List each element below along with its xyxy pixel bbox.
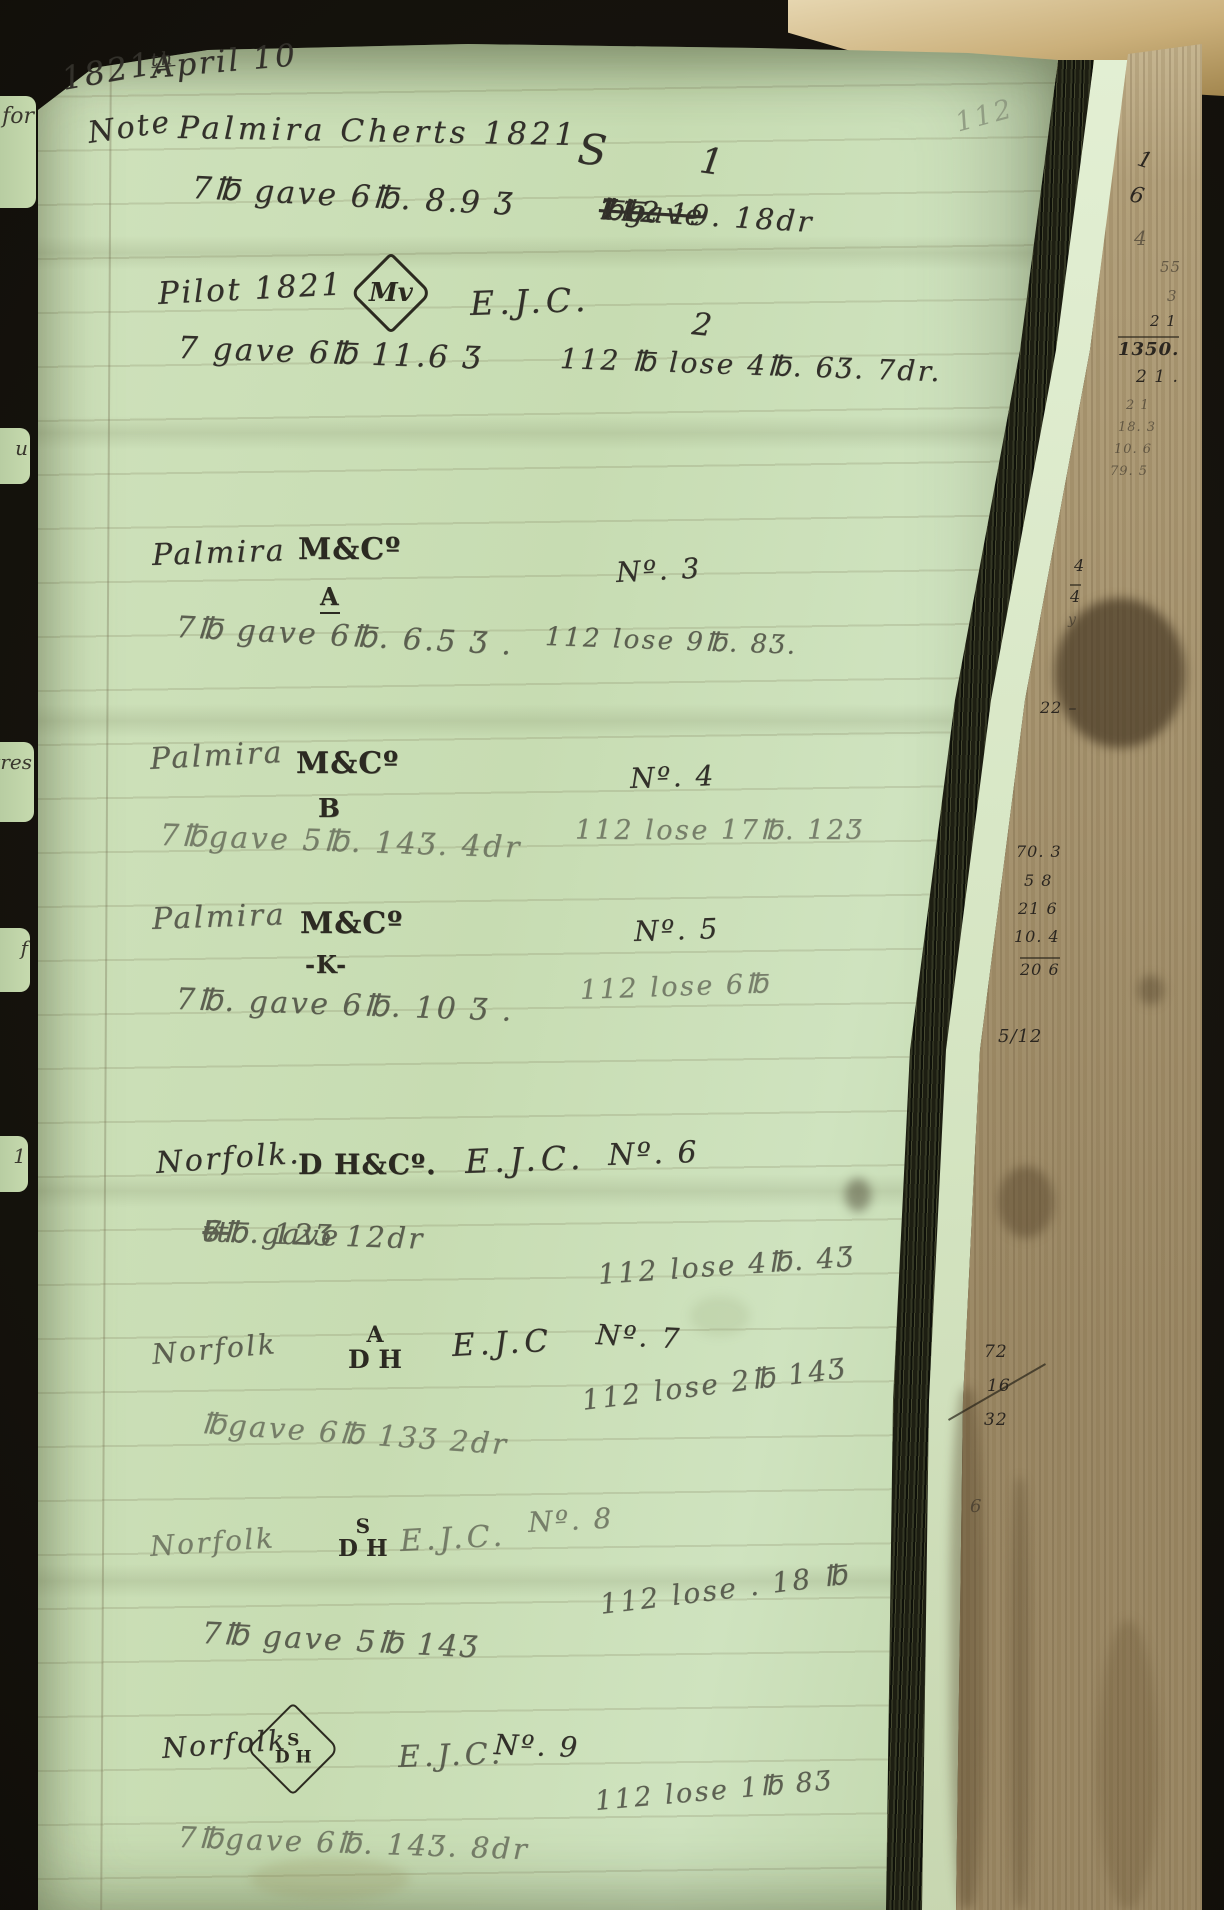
fore-edge-streak [1098, 1620, 1158, 1910]
entry-6-number: Nº. 6 [607, 1135, 699, 1173]
entry-8-initials: E.J.C. [399, 1518, 507, 1559]
fore-edge-number: 6 [970, 1496, 982, 1517]
facing-page-fragment: 1 [13, 1144, 26, 1168]
entry-3-firm-subletter: A [320, 582, 340, 614]
fore-edge-number: 4 [1134, 226, 1148, 250]
fore-edge-number: 2 1 [1126, 398, 1150, 413]
facing-page-sliver: u [0, 428, 30, 484]
page-shadow-band [38, 704, 1038, 738]
entry-4-firm: M&Cº [296, 746, 399, 781]
entry-8-mark-bottom: D H [338, 1537, 388, 1561]
facing-page-fragment: f [21, 936, 28, 960]
facing-page-sliver: 1 [0, 1136, 28, 1192]
fore-edge-number: 5 8 [1024, 871, 1052, 890]
entry-7-mark-bottom: D H [348, 1347, 402, 1373]
entry-4-loss: 112 lose 17℔. 12Ʒ [575, 815, 864, 846]
fore-edge-stain [1138, 975, 1164, 1005]
page-stain [690, 1296, 750, 1336]
fore-edge-number: 3 [1167, 287, 1178, 305]
entry-2-stamp-letters: Mv [369, 278, 413, 308]
header-date-suffix: th [150, 48, 176, 71]
fore-edge-number: 10. 4 [1014, 927, 1060, 946]
facing-page-fragment: tres [0, 750, 32, 774]
entry-7-mark-top: A [366, 1324, 383, 1347]
fore-edge-number: 22 – [1040, 698, 1077, 717]
entry-2-number: 2 [690, 306, 716, 344]
entry-5-loss: 112 lose 6℔ [579, 968, 770, 1006]
facing-page-fragment: for [2, 104, 34, 129]
fore-edge-streak [950, 1388, 984, 1908]
entry-7-initials: E.J.C [451, 1323, 554, 1364]
page-shadow-band [38, 416, 1038, 450]
entry-4-firm-subletter: B [318, 794, 341, 824]
facing-page-sliver: f [0, 928, 30, 992]
entry-8-number: Nº. 8 [527, 1502, 614, 1539]
entry-5-firm-subletter: -K- [305, 950, 347, 979]
entry-2-initials: E.J.C. [469, 280, 591, 323]
fore-edge-number: 4 [1070, 584, 1081, 606]
fore-edge-number: 2 1 . [1136, 367, 1179, 387]
entry-9-stamp-bottom: D H [275, 1749, 312, 1766]
fore-edge-number: 20 6 [1020, 957, 1060, 979]
fore-edge-number: 5/12 [998, 1026, 1042, 1047]
entry-5-number: Nº. 5 [633, 912, 720, 948]
fore-edge-number: 32 [984, 1410, 1008, 1430]
entry-1-mark: S [576, 124, 611, 176]
entry-4-title: Palmira [149, 735, 285, 777]
entry-8-mark-top: S [356, 1516, 370, 1537]
margin-rule [100, 64, 112, 1910]
fore-edge-number: 10. 6 [1114, 442, 1152, 457]
entry-4-number: Nº. 4 [629, 759, 716, 795]
photograph: for u tres f 1 1821. April 10th 112 Note… [0, 0, 1224, 1910]
entry-3-number: Nº. 3 [615, 552, 702, 589]
page-shadow-band [38, 1174, 1038, 1208]
fore-edge-number: 55 [1160, 258, 1181, 276]
page-stain [845, 1178, 871, 1212]
facing-page-sliver: tres [0, 742, 34, 822]
fore-edge-number: 18. 3 [1118, 420, 1156, 435]
facing-page-sliver: for [0, 96, 36, 208]
fore-edge-number: 70. 3 [1016, 842, 1062, 861]
fore-edge-number: 2 1 [1150, 312, 1177, 330]
fore-edge-number: 72 [984, 1342, 1008, 1362]
fore-edge-number: 4 [1074, 556, 1085, 575]
entry-1-title: Palmira Cherts 1821 [178, 110, 579, 153]
entry-9-number: Nº. 9 [493, 1728, 580, 1764]
fore-edge-streak [1010, 1478, 1030, 1908]
fore-edge-stain [998, 1166, 1054, 1238]
entry-6-initials: E.J.C. [464, 1138, 586, 1181]
entry-7-number: Nº. 7 [595, 1318, 682, 1355]
entry-6-firm: D H&Cº. [298, 1148, 437, 1181]
page-shadow-band [38, 236, 1038, 270]
entry-9-stamp-letters: SD H [275, 1732, 312, 1766]
fore-edge-number: y [1068, 612, 1077, 628]
entry-8-mark: SD H [338, 1516, 388, 1561]
fore-edge-number: 21 6 [1018, 899, 1058, 918]
entry-7-mark: AD H [348, 1324, 402, 1373]
facing-page-fragment: u [15, 436, 28, 460]
fore-edge-number: 1350. [1118, 336, 1179, 360]
fore-edge-number: 79. 5 [1110, 464, 1148, 479]
page-stain [250, 1858, 410, 1900]
entry-5-firm: M&Cº [300, 906, 403, 941]
entry-9-initials: E.J.C. [397, 1736, 504, 1775]
entry-5-title: Palmira [151, 897, 286, 937]
entry-3-title: Palmira [151, 533, 286, 573]
page-shadow-band [38, 1564, 1038, 1598]
entry-3-firm: M&Cº [298, 532, 401, 567]
